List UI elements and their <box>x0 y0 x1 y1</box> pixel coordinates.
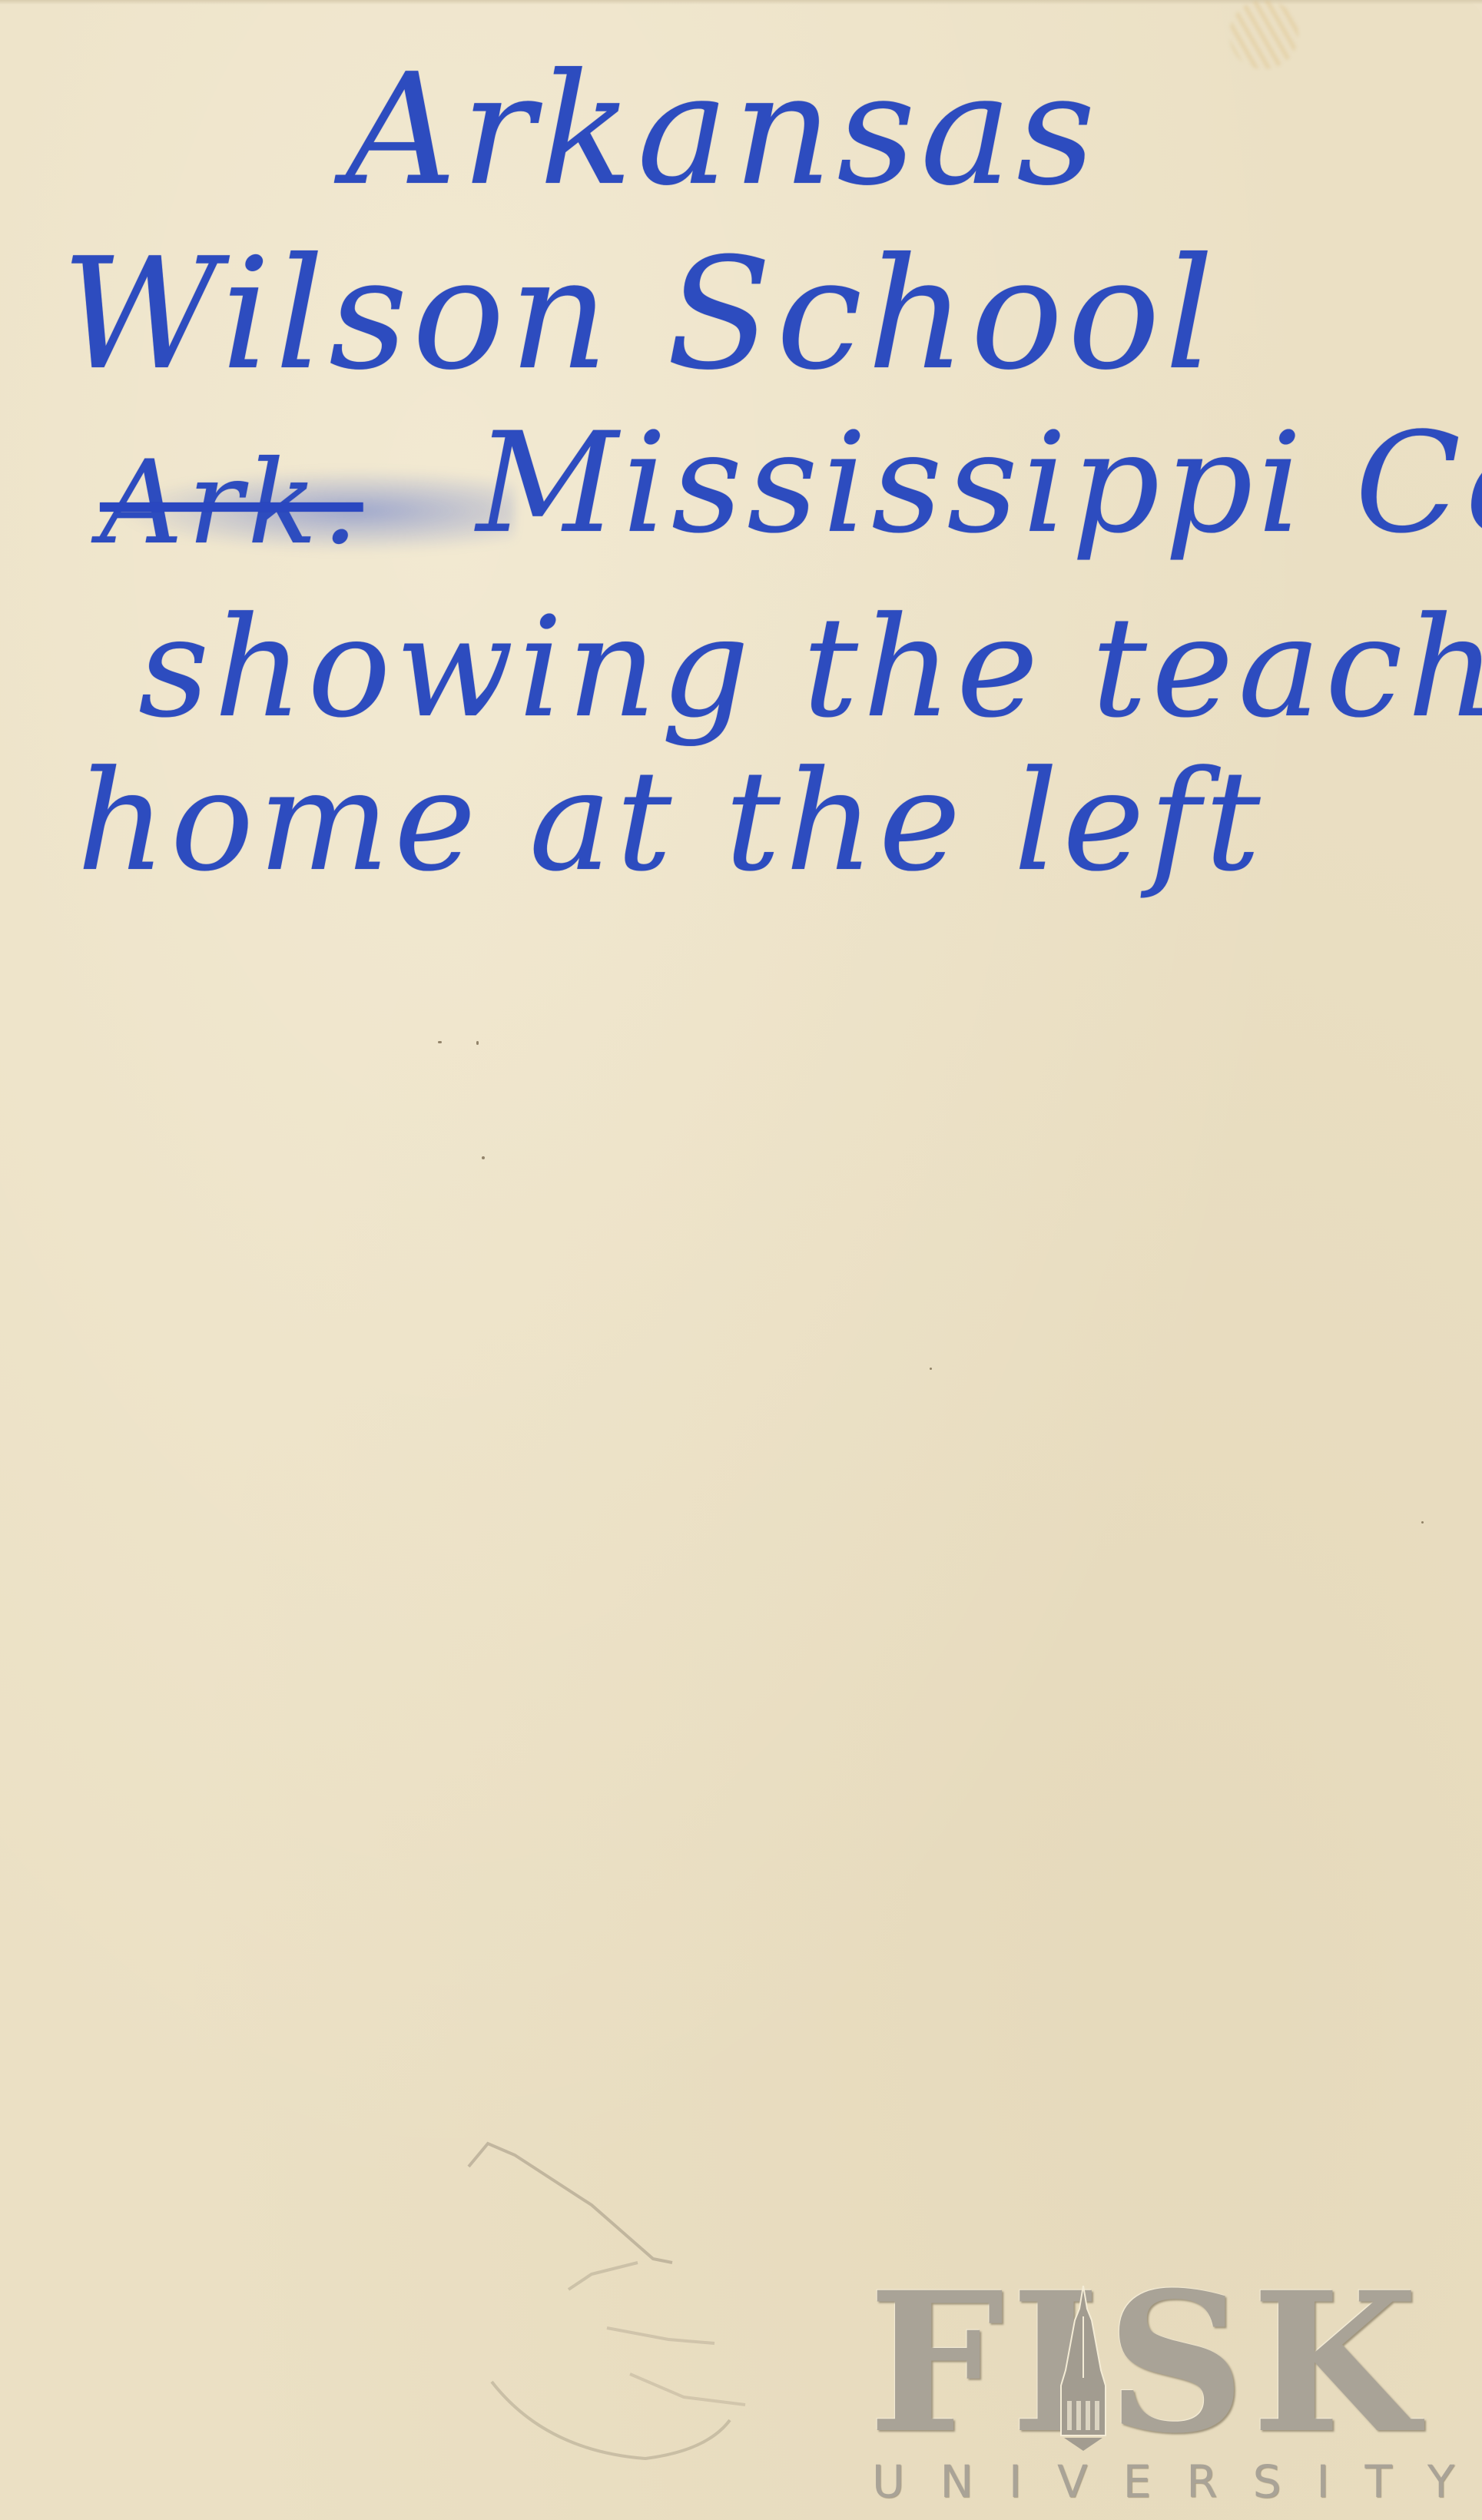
logo-wordmark: FISK <box>868 2266 1424 2459</box>
struck-through-word: Ark. <box>100 438 363 569</box>
fisk-university-logo: FISK UNIVERSITY <box>860 2266 1475 2520</box>
corner-stain <box>1229 0 1298 69</box>
bell-tower-icon <box>1056 2286 1110 2451</box>
card-back: Arkansas Wilson School Ark. Mississippi … <box>0 0 1482 2520</box>
logo-subtitle: UNIVERSITY <box>872 2455 1482 2508</box>
caption-line-county: Mississippi Co. <box>476 407 1482 561</box>
caption-line-home: home at the left <box>77 745 1265 899</box>
faint-pencil-mark-icon <box>453 2090 837 2474</box>
caption-line-school: Wilson School <box>61 230 1218 400</box>
caption-line-showing: showing the teachers' <box>138 592 1482 745</box>
caption-line-state: Arkansas <box>346 46 1100 215</box>
